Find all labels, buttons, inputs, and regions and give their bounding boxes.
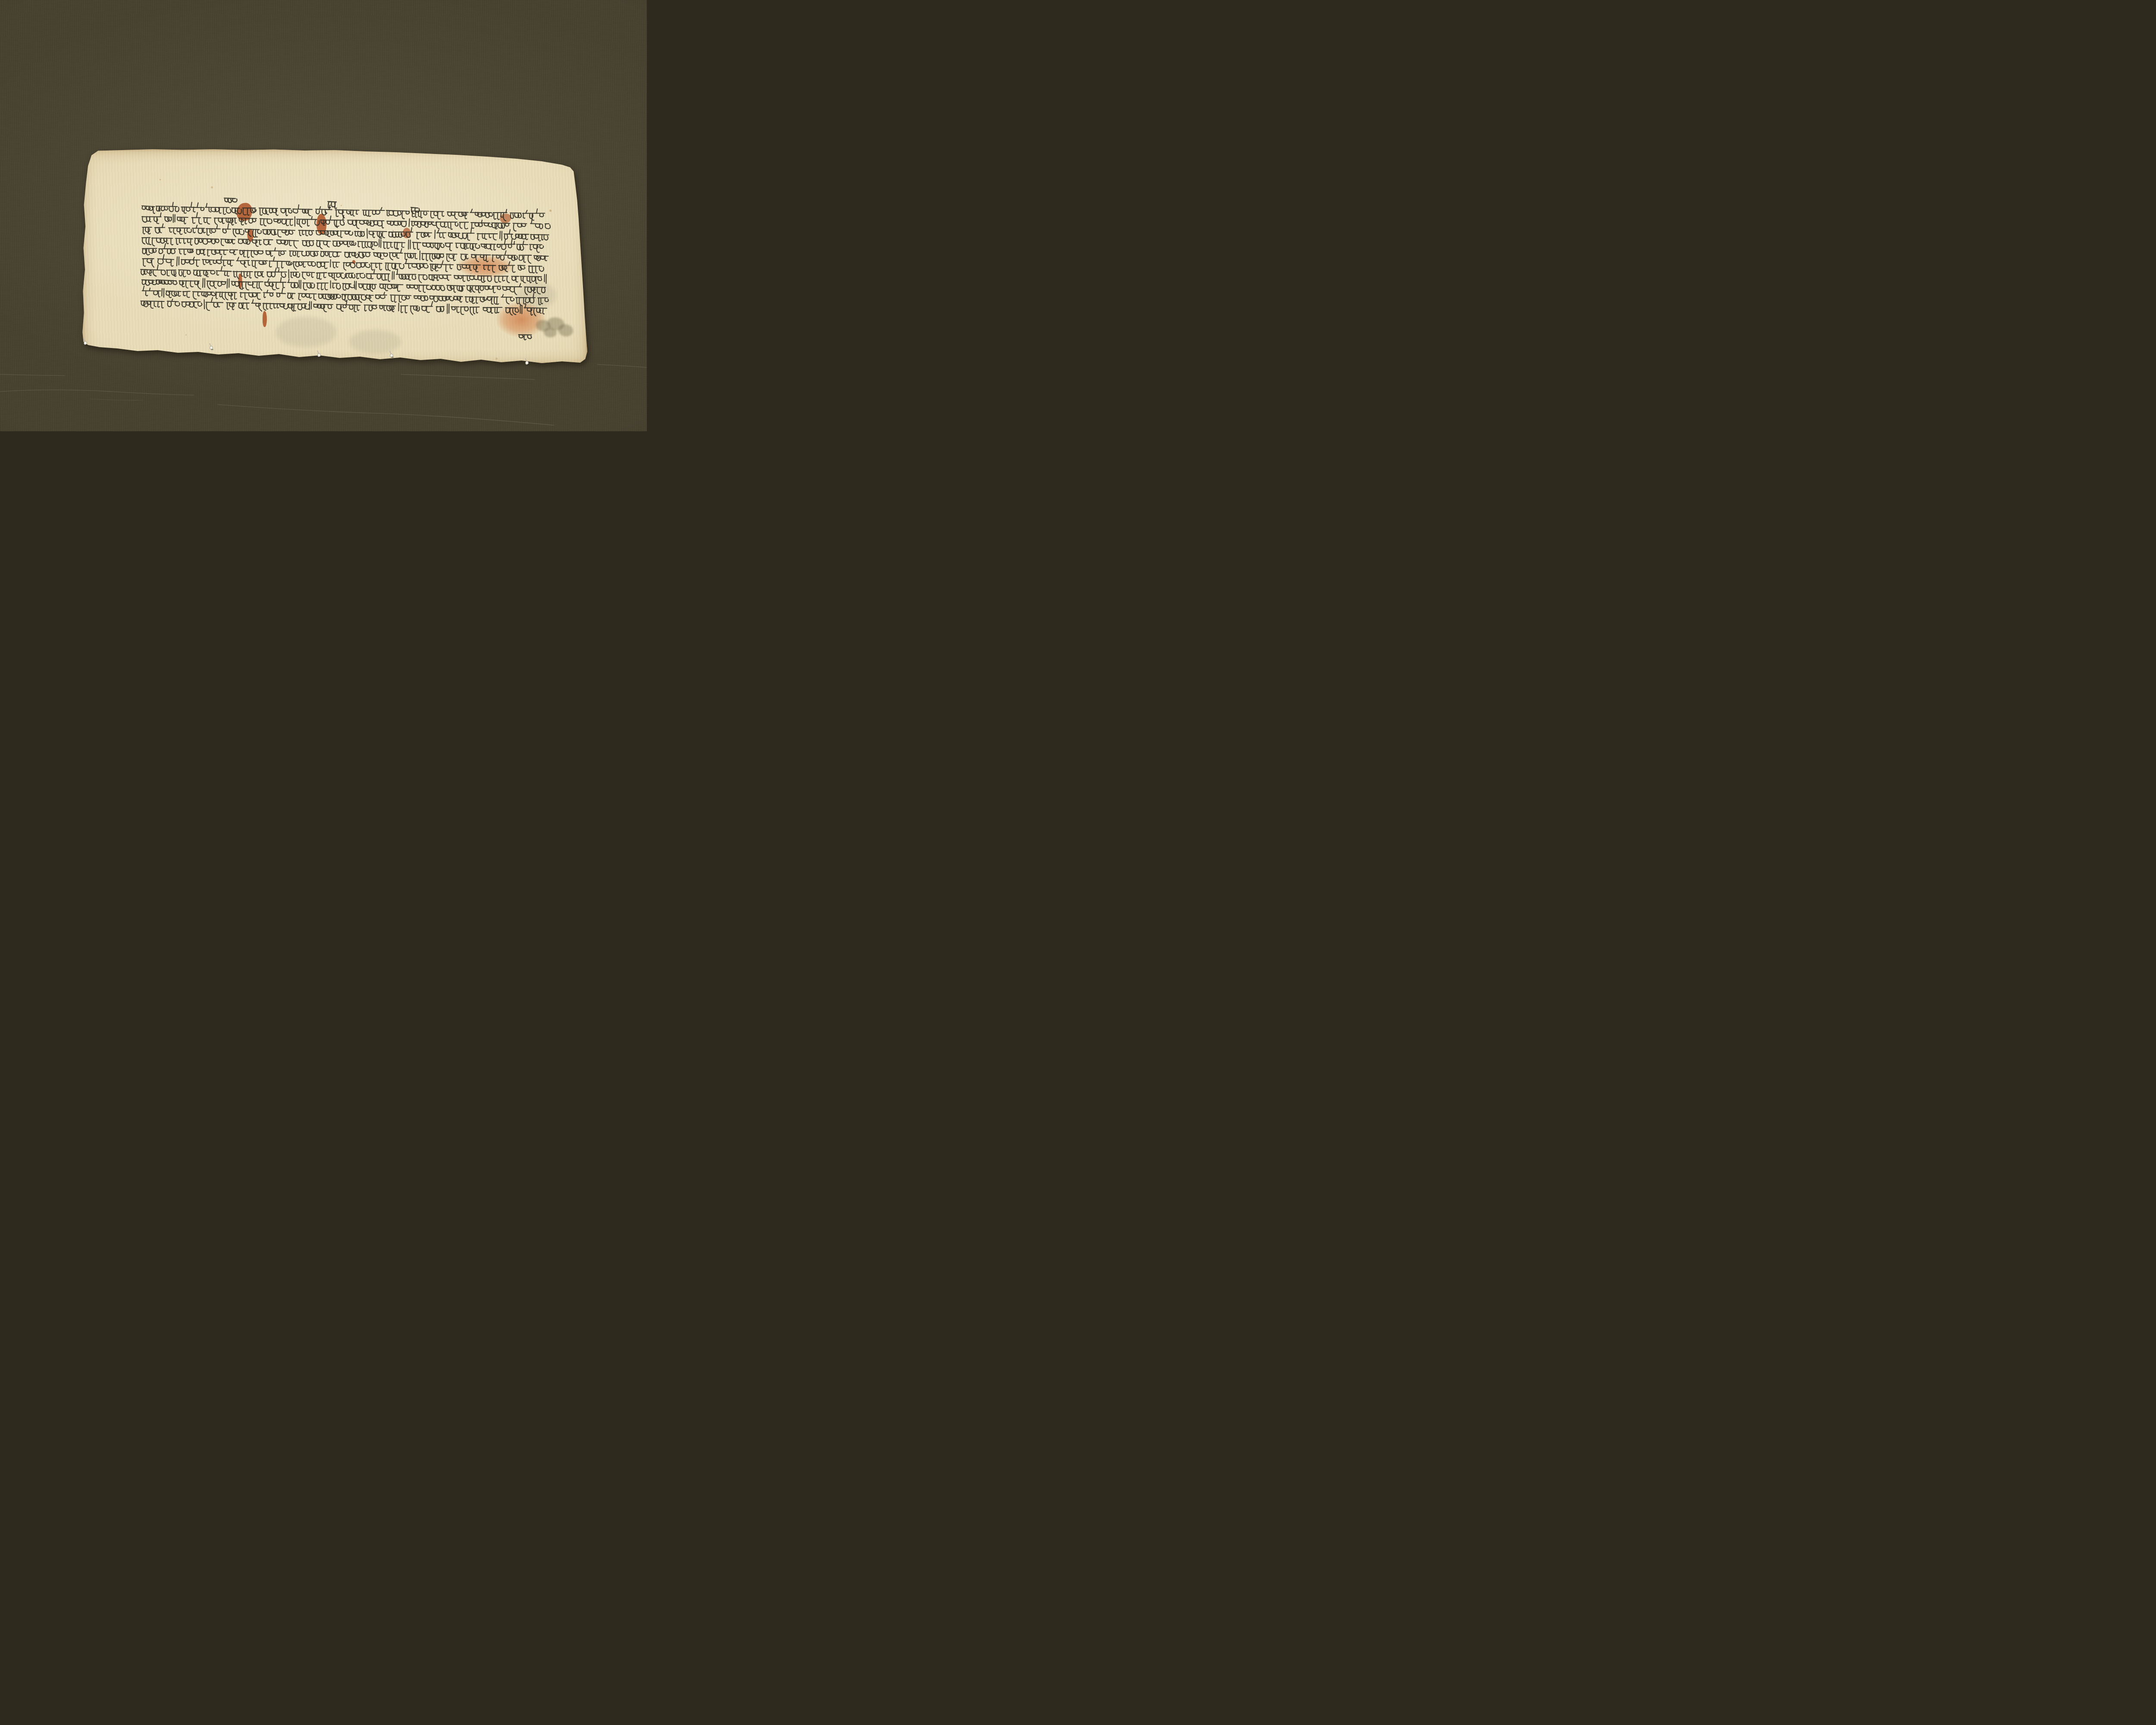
- handwriting-ink: [222, 191, 237, 211]
- photograph: সৈন্যানা দ্রোনষ পবমদুর্মা । দুর্যোধনমত্র…: [0, 0, 647, 431]
- pin: [388, 350, 395, 358]
- marginal-mark-top-right: য৩: [409, 201, 423, 214]
- text-block: সৈন্যানা দ্রোনষ পবমদুর্মা । দুর্যোধনমত্র…: [139, 199, 551, 327]
- marginal-mark-jaya: জয: [517, 328, 533, 341]
- pin: [315, 349, 322, 358]
- grey-smudge-stain: [536, 317, 575, 340]
- pin: [207, 342, 214, 351]
- pin: [523, 357, 530, 366]
- marginal-mark-top-left: না:: [222, 191, 237, 204]
- handwriting-ink: [517, 328, 533, 348]
- handwriting-ink: [326, 195, 338, 215]
- marginal-mark-top-center: ৫: [326, 195, 338, 208]
- handwriting-ink: [409, 201, 423, 221]
- pin: [81, 337, 88, 346]
- foxing-spots: [160, 179, 161, 180]
